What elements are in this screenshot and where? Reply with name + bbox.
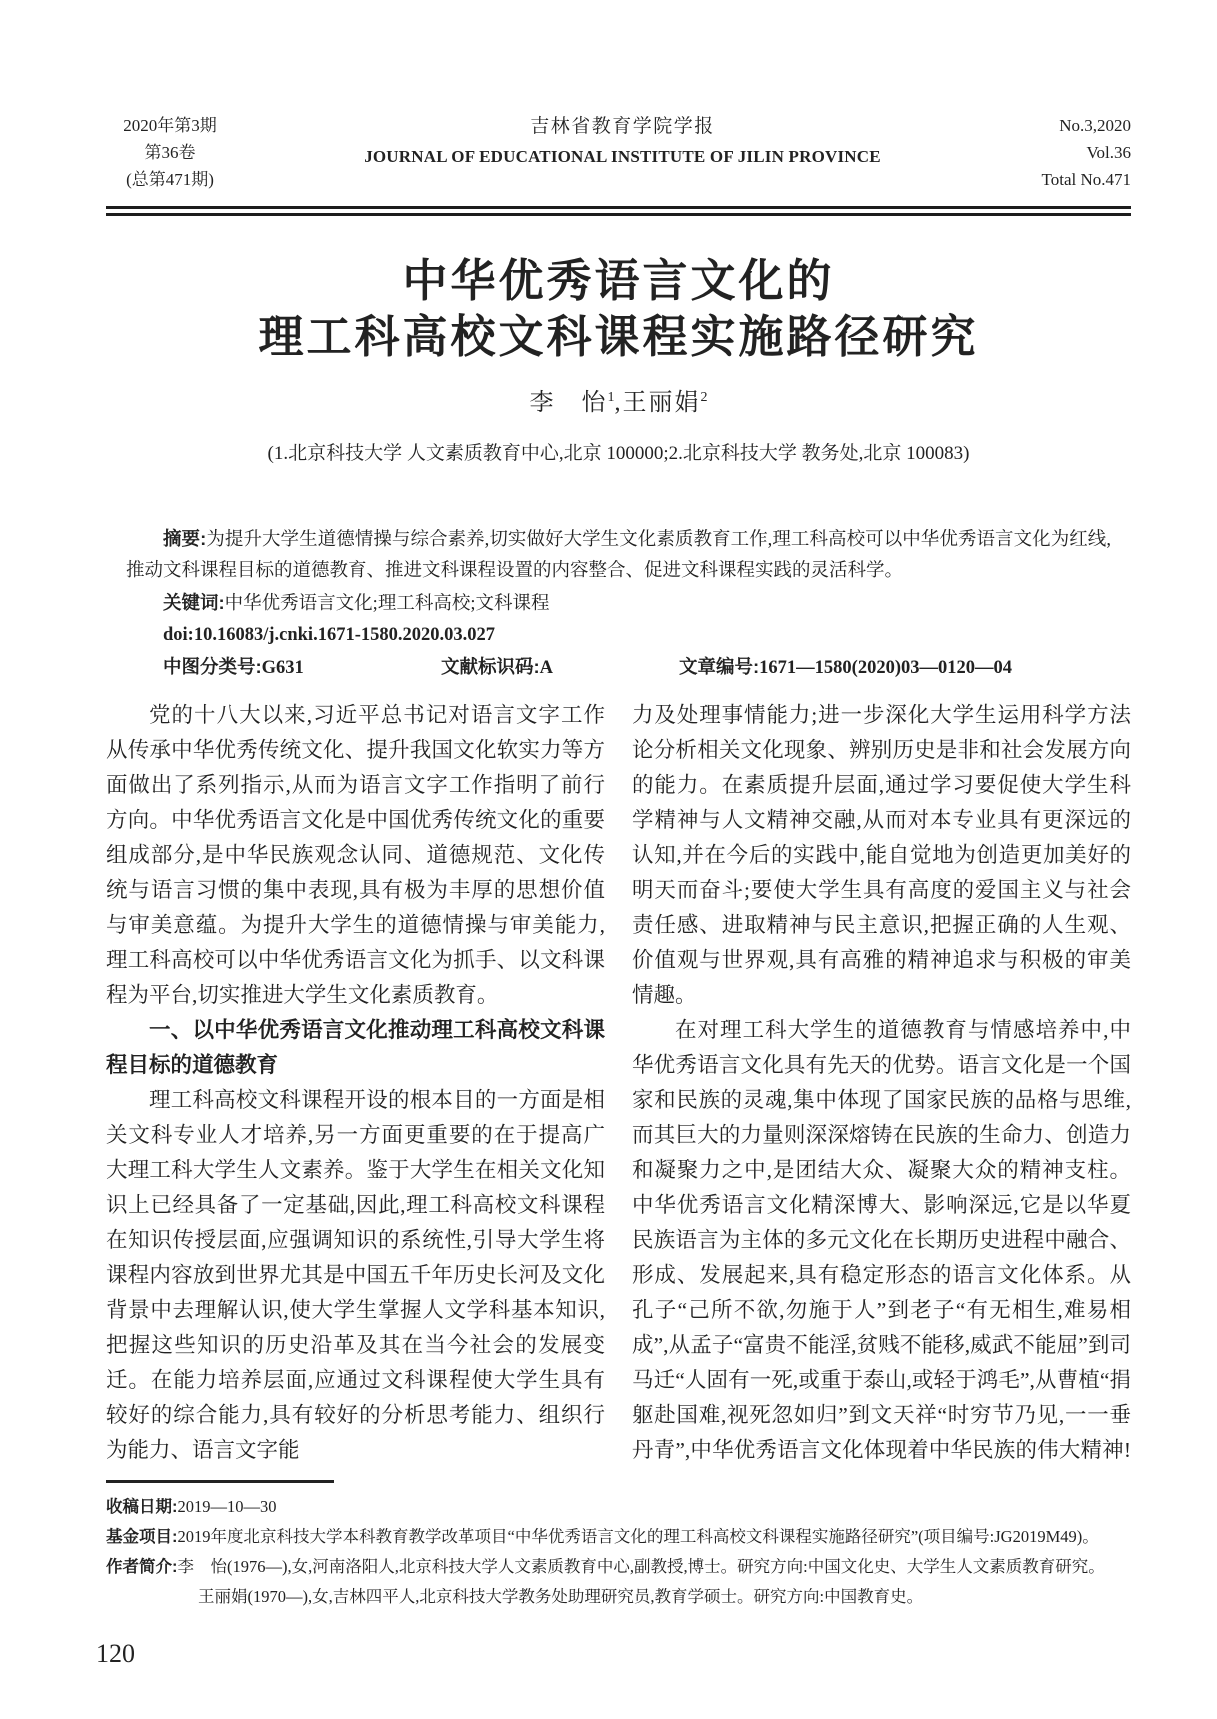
received-date-label: 收稿日期: (106, 1498, 178, 1516)
article-no-value: 1671—1580(2020)03—0120—04 (759, 658, 1012, 678)
volume-info-block: No.3,2020 Vol.36 Total No.471 (1011, 112, 1131, 193)
author-sup-1: 1 (608, 390, 615, 405)
footnote-divider (106, 1480, 334, 1483)
author-name-2: 王丽娟 (623, 390, 701, 416)
keywords-label: 关键词: (163, 592, 225, 613)
author-separator: , (615, 390, 623, 416)
page-number: 120 (96, 1638, 135, 1670)
author-bio-line-2: 王丽娟(1970—),女,吉林四平人,北京科技大学教务处助理研究员,教育学硕士。… (106, 1582, 1131, 1611)
paragraph-1: 党的十八大以来,习近平总书记对语言文字工作从传承中华优秀传统文化、提升我国文化软… (106, 698, 605, 1013)
author-bio-value-1: 李 怡(1976—),女,河南洛阳人,北京科技大学人文素质教育中心,副教授,博士… (178, 1557, 1105, 1576)
received-date-line: 收稿日期:2019—10—30 (106, 1492, 1131, 1522)
journal-title-cn: 吉林省教育学院学报 (234, 113, 1011, 140)
total-number-line: Total No.471 (1011, 166, 1131, 193)
received-date-value: 2019—10—30 (178, 1497, 277, 1516)
article-title: 中华优秀语言文化的 理工科高校文科课程实施路径研究 (106, 253, 1131, 365)
abstract-text: 为提升大学生道德情操与综合素养,切实做好大学生文化素质教育工作,理工科高校可以中… (126, 530, 1111, 581)
keywords-text: 中华优秀语言文化;理工科高校;文科课程 (225, 594, 550, 614)
section-heading-1: 一、以中华优秀语言文化推动理工科高校文科课程目标的道德教育 (106, 1013, 605, 1083)
author-sup-2: 2 (701, 390, 708, 405)
paragraph-2: 理工科高校文科课程开设的根本目的一方面是相关文科专业人才培养,另一方面更重要的在… (106, 1083, 605, 1468)
footnotes-block: 收稿日期:2019—10—30 基金项目:2019年度北京科技大学本科教育教学改… (106, 1480, 1131, 1611)
abstract-meta-block: 摘要:为提升大学生道德情操与综合素养,切实做好大学生文化素质教育工作,理工科高校… (126, 523, 1111, 684)
affiliation-line: (1.北京科技大学 人文素质教育中心,北京 100000;2.北京科技大学 教务… (106, 440, 1131, 467)
clc-label: 中图分类号: (163, 656, 262, 677)
abstract: 摘要:为提升大学生道德情操与综合素养,切实做好大学生文化素质教育工作,理工科高校… (126, 523, 1111, 587)
fund-project-value: 2019年度北京科技大学本科教育教学改革项目“中华优秀语言文化的理工科高校文科课… (178, 1527, 1099, 1546)
journal-page: 2020年第3期 第36卷 (总第471期) 吉林省教育学院学报 JOURNAL… (0, 0, 1217, 1719)
paragraph-2-continued: 力及处理事情能力;进一步深化大学生运用科学方法论分析相关文化现象、辨别历史是非和… (632, 698, 1131, 1013)
header-divider (106, 206, 1131, 216)
doi-line: doi:10.16083/j.cnki.1671-1580.2020.03.02… (126, 620, 1111, 651)
right-column: 力及处理事情能力;进一步深化大学生运用科学方法论分析相关文化现象、辨别历史是非和… (632, 698, 1131, 1470)
volume-line-en: Vol.36 (1011, 139, 1131, 166)
article-title-line1: 中华优秀语言文化的 (402, 256, 834, 306)
article-no-label: 文章编号: (679, 656, 759, 677)
fund-project-line: 基金项目:2019年度北京科技大学本科教育教学改革项目“中华优秀语言文化的理工科… (106, 1522, 1131, 1552)
issue-info-block: 2020年第3期 第36卷 (总第471期) (106, 112, 234, 193)
journal-title-block: 吉林省教育学院学报 JOURNAL OF EDUCATIONAL INSTITU… (234, 112, 1011, 170)
author-bio-line-1: 作者简介:李 怡(1976—),女,河南洛阳人,北京科技大学人文素质教育中心,副… (106, 1552, 1131, 1582)
fund-project-label: 基金项目: (106, 1528, 178, 1546)
classification-line: 中图分类号:G631 文献标识码:A 文章编号:1671—1580(2020)0… (126, 651, 1111, 684)
doc-code-value: A (540, 658, 553, 678)
author-name-1: 李 怡 (530, 390, 608, 416)
doc-code-item: 文献标识码:A (441, 651, 679, 684)
keywords: 关键词:中华优秀语言文化;理工科高校;文科课程 (126, 587, 1111, 620)
clc-item: 中图分类号:G631 (163, 651, 441, 684)
article-no-item: 文章编号:1671—1580(2020)03—0120—04 (679, 651, 1111, 684)
article-title-line2: 理工科高校文科课程实施路径研究 (258, 312, 978, 362)
author-bio-label: 作者简介: (106, 1558, 178, 1576)
journal-title-en: JOURNAL OF EDUCATIONAL INSTITUTE OF JILI… (234, 143, 1011, 170)
abstract-label: 摘要: (163, 528, 206, 549)
left-column: 党的十八大以来,习近平总书记对语言文字工作从传承中华优秀传统文化、提升我国文化软… (106, 698, 605, 1470)
page-content: 2020年第3期 第36卷 (总第471期) 吉林省教育学院学报 JOURNAL… (0, 0, 1217, 1611)
journal-masthead: 2020年第3期 第36卷 (总第471期) 吉林省教育学院学报 JOURNAL… (106, 0, 1131, 193)
clc-value: G631 (262, 658, 304, 678)
number-line: No.3,2020 (1011, 112, 1131, 139)
article-body: 党的十八大以来,习近平总书记对语言文字工作从传承中华优秀传统文化、提升我国文化软… (106, 698, 1131, 1470)
total-issue-line: (总第471期) (106, 166, 234, 193)
doc-code-label: 文献标识码: (441, 656, 540, 677)
volume-line-cn: 第36卷 (106, 139, 234, 166)
issue-line: 2020年第3期 (106, 112, 234, 139)
paragraph-3: 在对理工科大学生的道德教育与情感培养中,中华优秀语言文化具有先天的优势。语言文化… (632, 1013, 1131, 1470)
authors-line: 李 怡1,王丽娟2 (106, 382, 1131, 419)
